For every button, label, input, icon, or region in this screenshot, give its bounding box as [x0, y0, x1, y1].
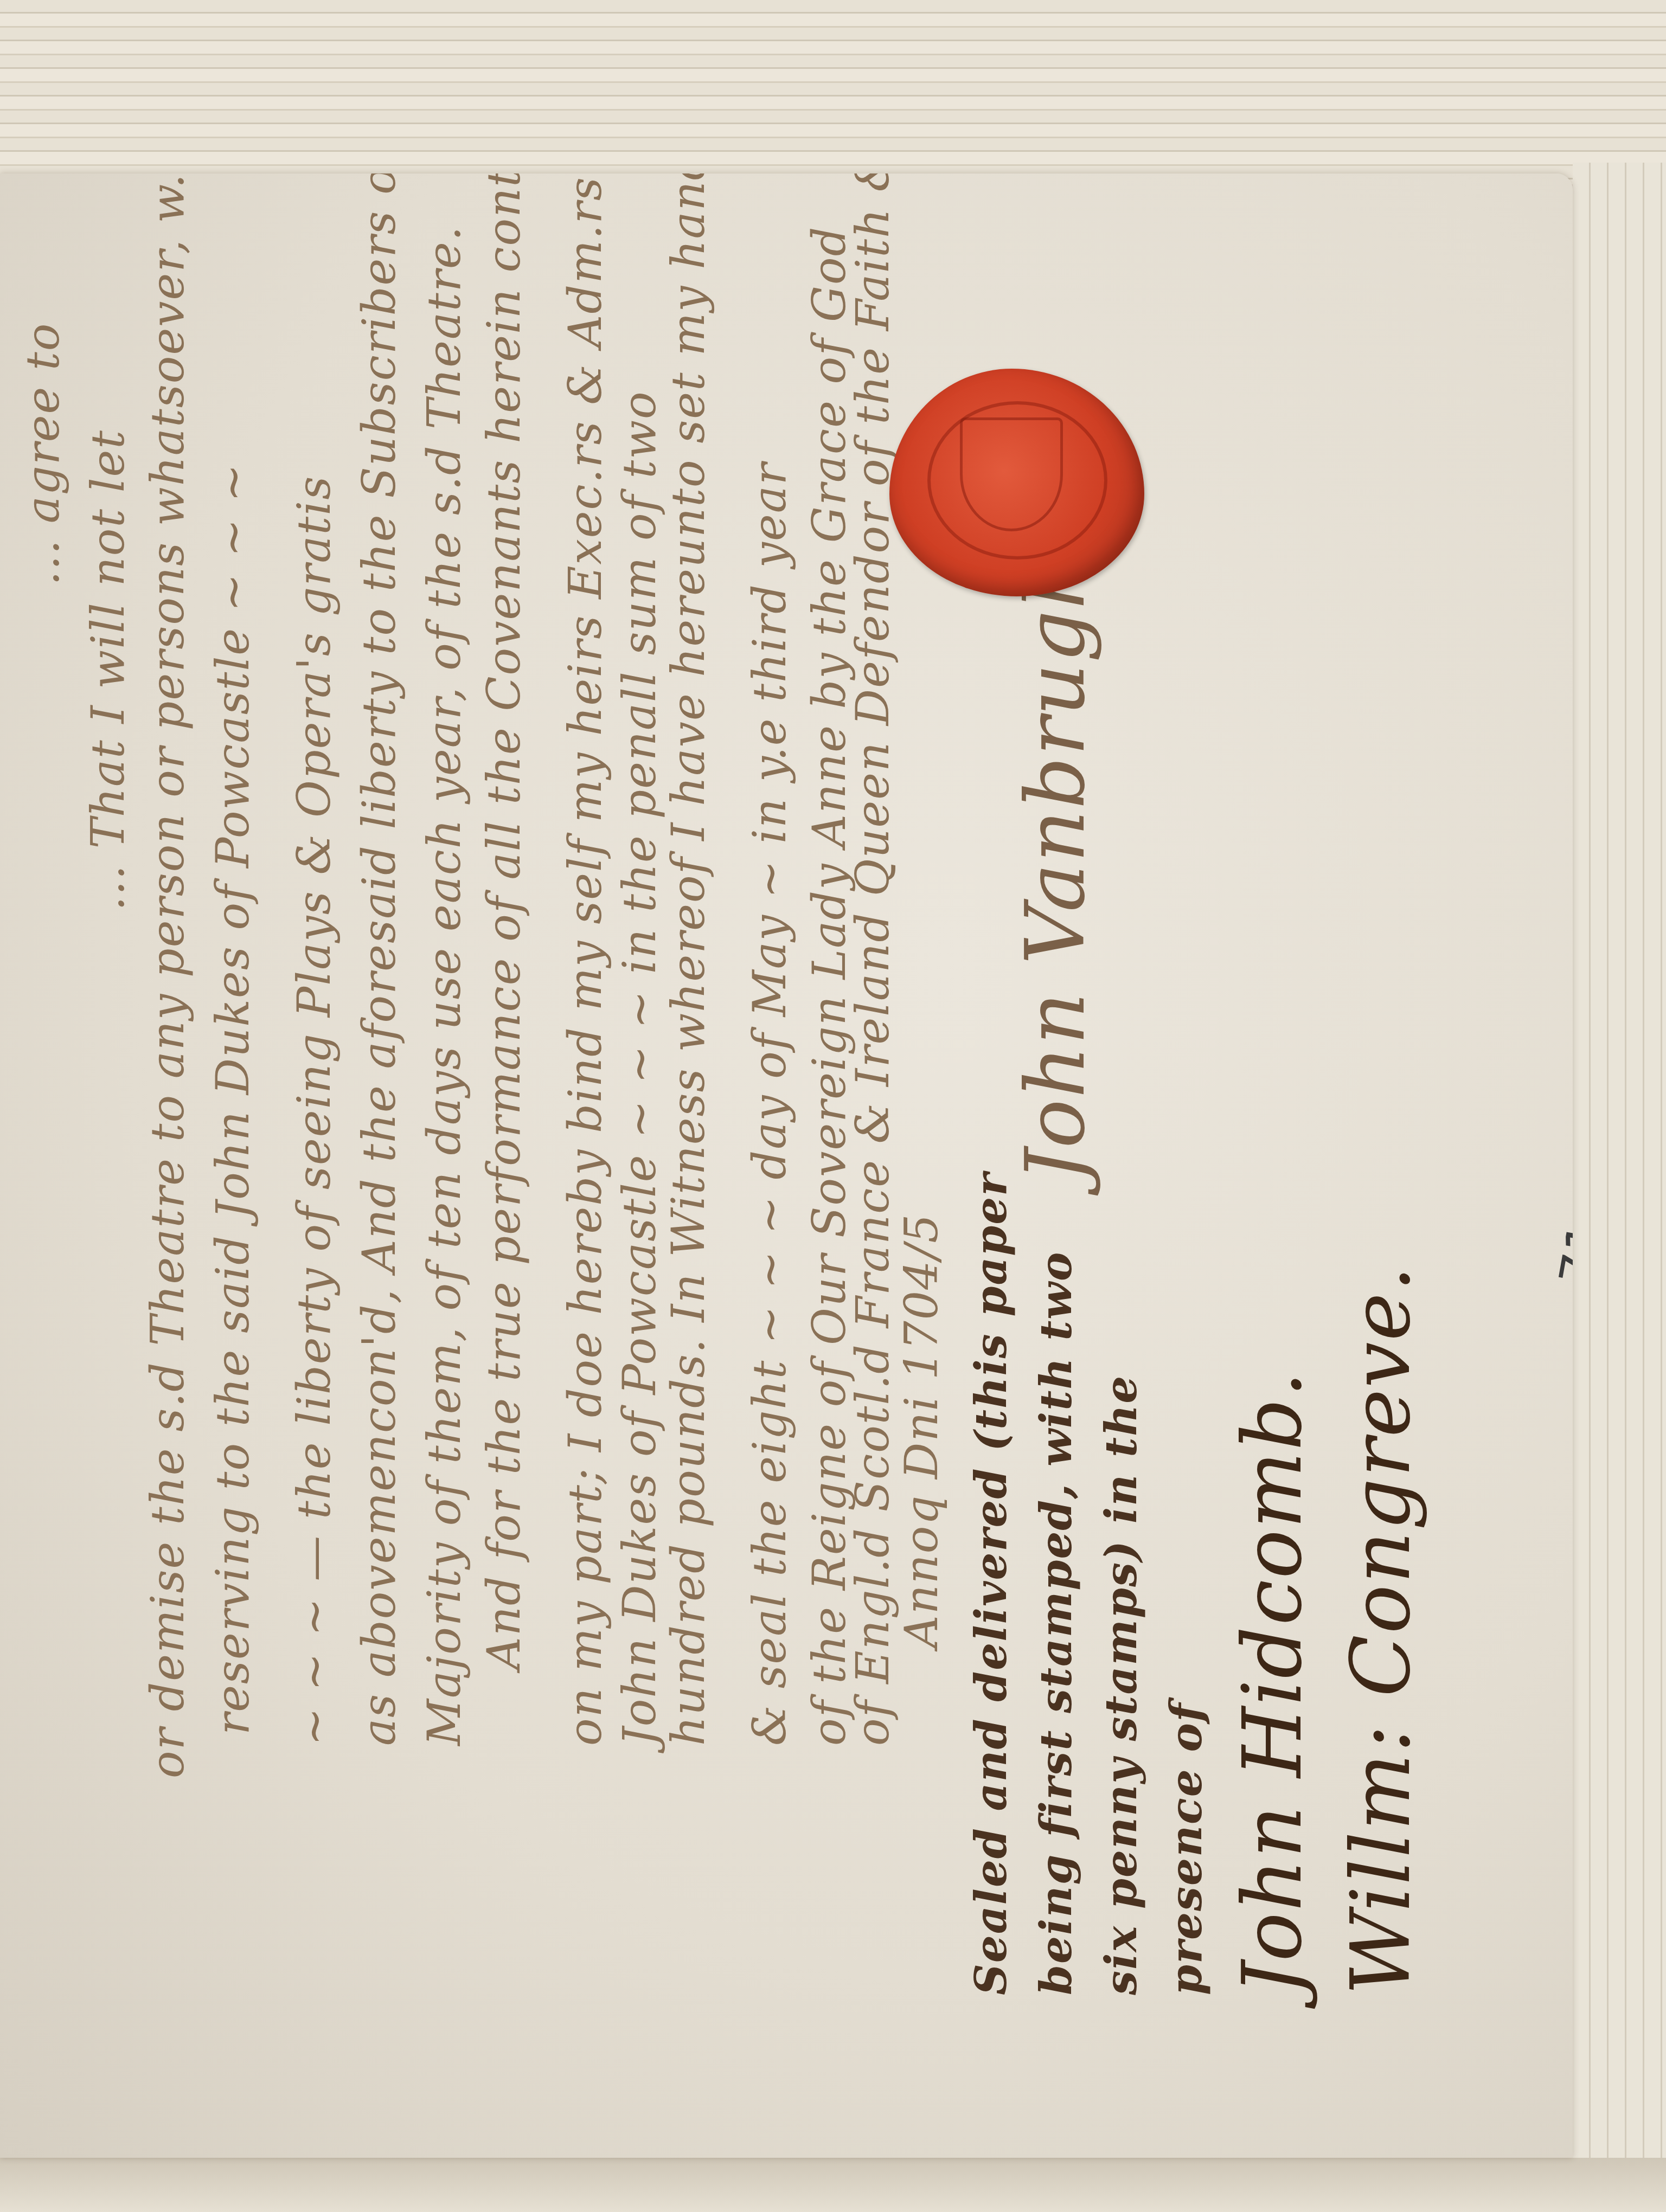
page-stack-right: [1573, 163, 1666, 2212]
seal-crest-icon: [960, 417, 1063, 531]
text-line: ... agree to: [16, 323, 69, 586]
text-line: ... That I will not let: [81, 429, 134, 911]
text-line: of Engl.d Scotl.d France & Ireland Queen…: [846, 173, 899, 1746]
text-line: John Dukes of Powcastle ~ ~ ~ in the pen…: [613, 390, 666, 1746]
document-body: ... agree to ... That I will not let or …: [0, 206, 1573, 2158]
document-sheet: ... agree to ... That I will not let or …: [0, 173, 1573, 2158]
witness-signature-congreve: Willm: Congreve.: [1334, 1265, 1428, 1995]
text-line: And for the true performance of all the …: [477, 173, 530, 1670]
page-stack-top: [0, 0, 1666, 184]
attestation-line: Sealed and delivered (this paper: [965, 1172, 1016, 1995]
date-line: Annoq Dni 1704/5: [895, 1213, 948, 1648]
text-line: ~ ~ ~ — the liberty of seeing Plays & Op…: [287, 475, 341, 1746]
page-stack-bottom: [0, 2158, 1666, 2212]
text-line: reserving to the said John Dukes of Powc…: [206, 463, 259, 1735]
text-line: hundred pounds. In Witness whereof I hav…: [662, 173, 715, 1746]
attestation-line: six penny stamps) in the: [1095, 1375, 1146, 1995]
attestation-line: presence of: [1161, 1702, 1212, 1995]
text-line: on my part; I doe hereby bind my self my…: [559, 173, 612, 1746]
attestation-line: being first stamped, with two: [1030, 1251, 1081, 1995]
text-line: or demise the s.d Theatre to any person …: [141, 173, 194, 1778]
text-line: Majority of them, of ten days use each y…: [418, 226, 471, 1746]
text-line: as abovemencon'd, And the aforesaid libe…: [353, 173, 406, 1746]
principal-signature-vanbrugh: John Vanbrugh: [1009, 556, 1103, 1182]
witness-signature-hidcomb: John Hidcomb.: [1226, 1371, 1320, 1995]
text-line: & seal the eight ~ ~ ~ day of May ~ in y…: [743, 462, 796, 1746]
